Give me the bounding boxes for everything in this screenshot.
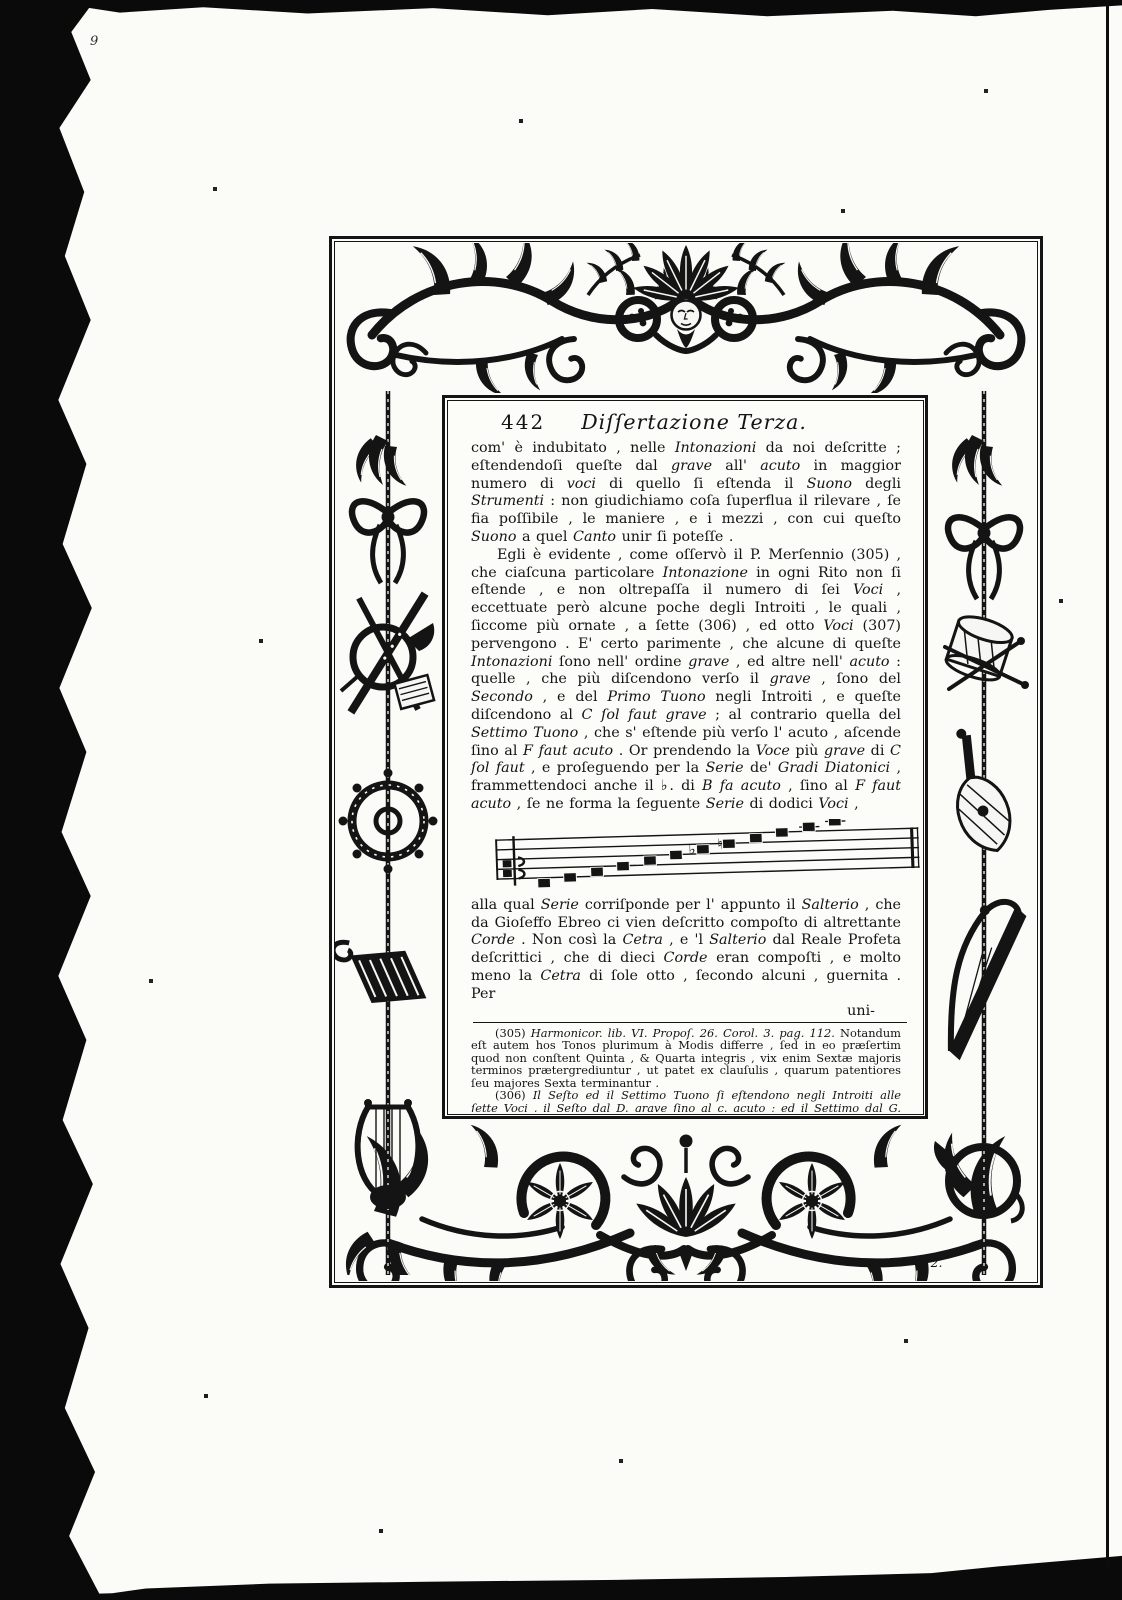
page-number: 442: [501, 410, 545, 434]
page-content: 442 Diſſertazione Terza. com' è indubita…: [449, 402, 921, 1112]
scan-shadow-top-edge: [78, 0, 1122, 18]
catchword: uni-: [471, 1004, 901, 1019]
svg-text:♭: ♭: [688, 841, 696, 857]
paragraph-3: alla qual Serie corriſponde per l' appun…: [471, 897, 901, 1004]
lute-icon: [931, 723, 1021, 859]
footnotes: (305) Harmonicor. lib. VI. Propoſ. 26. C…: [471, 1027, 901, 1112]
drum-icon: [944, 612, 1029, 689]
paragraph-2: Egli è evidente , come oſſervò il P. Mer…: [471, 547, 901, 814]
scanned-book-page: 9: [0, 0, 1122, 1600]
palmette-icon: [629, 1135, 742, 1282]
page-header: 442 Diſſertazione Terza.: [471, 410, 901, 434]
left-border-engraving: [335, 391, 441, 1275]
marginal-mark: 9: [90, 34, 98, 49]
scan-shadow-bottom-edge: [0, 1552, 1122, 1600]
running-title: Diſſertazione Terza.: [545, 410, 843, 434]
panpipes-icon: [335, 919, 426, 1025]
paragraph-1: com' è indubitato , nelle Intonazioni da…: [471, 440, 901, 547]
hunting-horn-icon: [934, 1141, 1022, 1221]
top-border-engraving: [338, 243, 1034, 393]
signature-mark: f 2.: [922, 1255, 943, 1270]
text-panel: 442 Diſſertazione Terza. com' è indubita…: [442, 395, 928, 1119]
torn-page-left-edge: [0, 0, 108, 1600]
page-gutter-line: [1106, 0, 1109, 1570]
footnote-rule: [473, 1022, 907, 1023]
paper-specks: [0, 0, 2, 2]
music-staff-engraving: ♭♮: [489, 819, 921, 895]
footnote-305: (305) Harmonicor. lib. VI. Propoſ. 26. C…: [471, 1027, 901, 1090]
svg-text:♮: ♮: [717, 836, 723, 852]
rosette-icon: [521, 1156, 605, 1239]
note-layer: ♭♮: [536, 819, 848, 888]
engraved-border-frame: 442 Diſſertazione Terza. com' è indubita…: [329, 236, 1043, 1288]
right-border-engraving: [931, 391, 1037, 1275]
footnote-306: (306) Il Seſto ed il Settimo Tuono ſi eſ…: [471, 1089, 901, 1112]
